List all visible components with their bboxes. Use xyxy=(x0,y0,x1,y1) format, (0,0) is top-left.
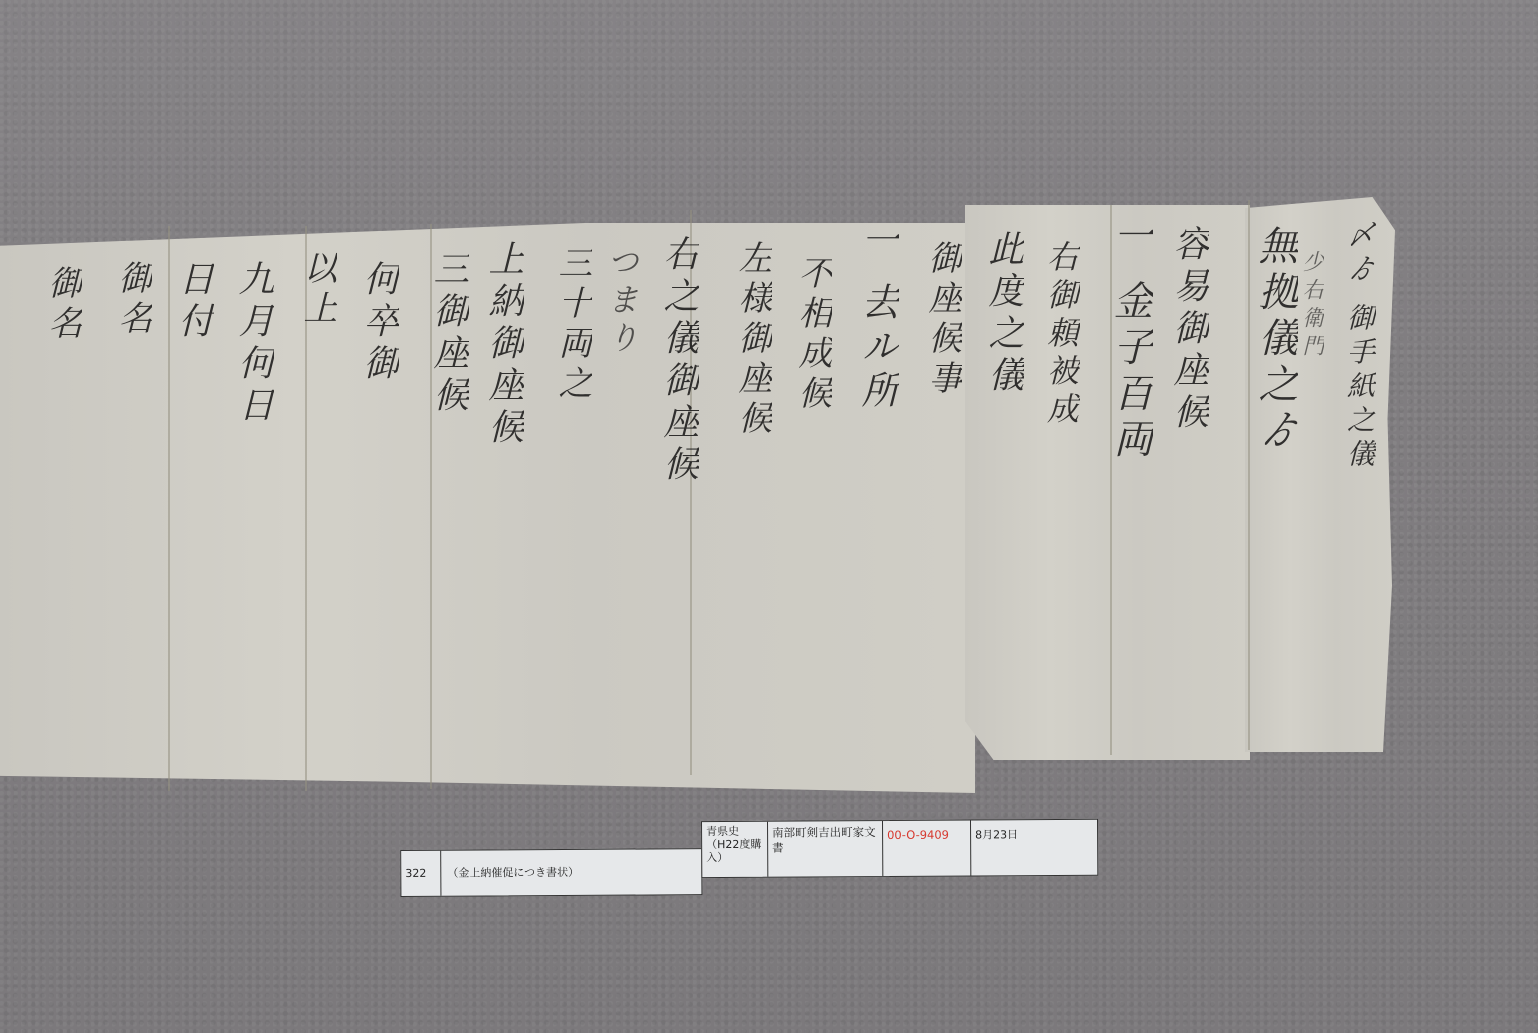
manuscript-column: 少右衛門 xyxy=(1300,250,1322,362)
manuscript-column: 右御頼被成 xyxy=(1045,240,1077,430)
label-date: 8月23日 xyxy=(971,820,1097,876)
manuscript-column: 無拠儀之ゟ xyxy=(1255,225,1295,455)
manuscript-column: 何卒御 xyxy=(360,260,396,386)
label-title: （金上納催促につき書状） xyxy=(441,849,701,896)
manuscript-column: 三御座候 xyxy=(430,250,466,418)
manuscript-column: 一 金子百両 xyxy=(1110,215,1150,464)
fold-line xyxy=(1248,200,1250,750)
label-code: 00-O-9409 xyxy=(883,821,971,877)
manuscript-column: 一 去ル所 xyxy=(858,220,896,414)
manuscript-column: 三十両之 xyxy=(555,245,589,405)
fold-line xyxy=(168,226,170,791)
manuscript-column: 日付 xyxy=(175,260,211,344)
manuscript-column: 左様御座候 xyxy=(735,240,769,440)
label-left-section: 322 （金上納催促につき書状） xyxy=(400,848,702,897)
manuscript-column: 上納御座候 xyxy=(485,240,521,450)
manuscript-column: 御名 xyxy=(115,260,149,340)
manuscript-column: 〆ゟ 御手紙之儀 xyxy=(1345,220,1373,473)
label-collection: 南部町剣吉出町家文書 xyxy=(768,821,883,877)
manuscript-column: 九月何日 xyxy=(235,260,271,428)
label-right-section: 青県史（H22度購入） 南部町剣吉出町家文書 00-O-9409 8月23日 xyxy=(701,819,1098,878)
label-source: 青県史（H22度購入） xyxy=(702,822,768,877)
catalog-label: 322 （金上納催促につき書状） 青県史（H22度購入） 南部町剣吉出町家文書 … xyxy=(400,819,1097,885)
label-number: 322 xyxy=(401,851,441,896)
manuscript-column: 御座候事 xyxy=(925,240,959,400)
manuscript-column: つまり xyxy=(605,245,637,359)
manuscript-column: 以上 xyxy=(300,250,334,330)
manuscript-column: 不相成候 xyxy=(795,255,829,415)
manuscript-column: 御名 xyxy=(45,265,79,345)
manuscript-column: 此度之儀 xyxy=(985,230,1021,398)
manuscript-column: 右之儀御座候 xyxy=(660,235,696,487)
manuscript-column: 容易御座候 xyxy=(1170,225,1206,435)
